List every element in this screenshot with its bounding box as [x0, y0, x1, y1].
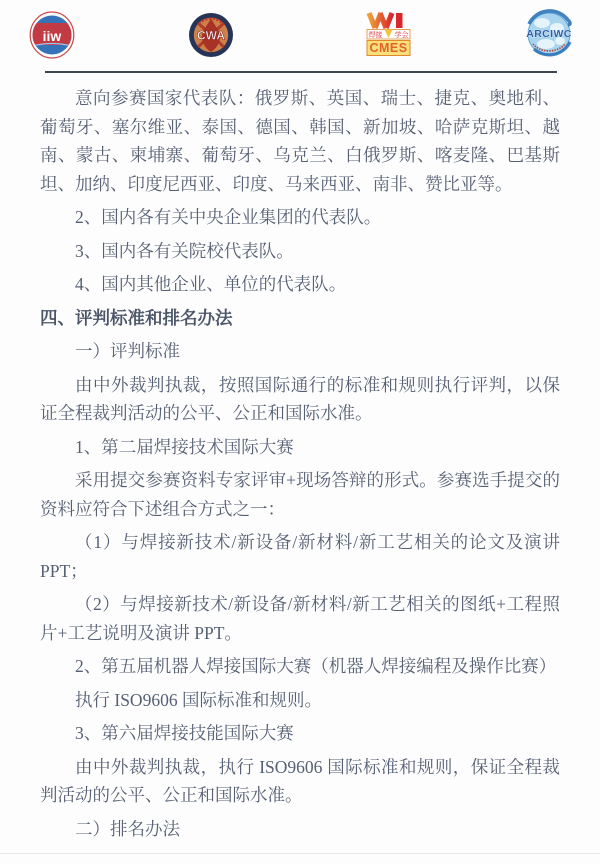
paragraph: 4、国内其他企业、单位的代表队。	[40, 270, 560, 299]
paragraph: 3、第六届焊接技能国际大赛	[40, 719, 560, 748]
paragraph: （2）与焊接新技术/新设备/新材料/新工艺相关的图纸+工程照片+工艺说明及演讲 …	[40, 590, 560, 647]
cwa-logo-text: CWA	[197, 29, 225, 43]
paragraph: 1、第二届焊接技术国际大赛	[40, 433, 560, 462]
arciwc-logo-icon: ARCIWC	[522, 8, 576, 65]
paragraph: 3、国内各有关院校代表队。	[40, 237, 560, 266]
iiw-logo-icon: iiw	[29, 10, 75, 65]
document-page: { "header": { "logos": { "iiw": { "label…	[0, 0, 600, 864]
logo-header: iiw CWA 焊接 学会	[0, 0, 600, 73]
section-heading: 四、评判标准和排名办法	[40, 304, 560, 333]
header-divider	[45, 71, 557, 73]
cmes-band-left-text: 焊接	[369, 30, 383, 39]
paragraph: 由中外裁判执裁，按照国际通行的标准和规则执行评判，以保证全程裁判活动的公平、公正…	[40, 371, 560, 428]
iiw-logo-text: iiw	[43, 28, 62, 44]
paragraph: （1）与焊接新技术/新设备/新材料/新工艺相关的论文及演讲PPT；	[40, 528, 560, 585]
cmes-logo-text: CMES	[369, 41, 407, 55]
document-text-area: 意向参赛国家代表队：俄罗斯、英国、瑞士、捷克、奥地利、葡萄牙、塞尔维亚、泰国、德…	[0, 73, 600, 843]
cwa-logo-icon: CWA	[188, 12, 234, 63]
paragraph: 一）评判标准	[40, 337, 560, 366]
paragraph: 由中外裁判执裁，执行 ISO9606 国际标准和规则，保证全程裁判活动的公平、公…	[40, 753, 560, 810]
paragraph: 二）排名办法	[40, 815, 560, 844]
paragraph: 2、第五届机器人焊接国际大赛（机器人焊接编程及操作比赛）	[40, 652, 560, 681]
paragraph: 2、国内各有关中央企业集团的代表队。	[40, 203, 560, 232]
paragraph: 采用提交参赛资料专家评审+现场答辩的形式。参赛选手提交的资料应符合下述组合方式之…	[40, 466, 560, 523]
page-bottom-edge	[0, 853, 600, 854]
paragraph: 意向参赛国家代表队：俄罗斯、英国、瑞士、捷克、奥地利、葡萄牙、塞尔维亚、泰国、德…	[40, 84, 560, 198]
paragraph: 执行 ISO9606 国际标准和规则。	[40, 686, 560, 715]
cmes-logo-icon: 焊接 学会 CMES	[366, 12, 411, 61]
cmes-band-right-text: 学会	[395, 30, 409, 39]
arciwc-logo-text: ARCIWC	[526, 28, 572, 40]
